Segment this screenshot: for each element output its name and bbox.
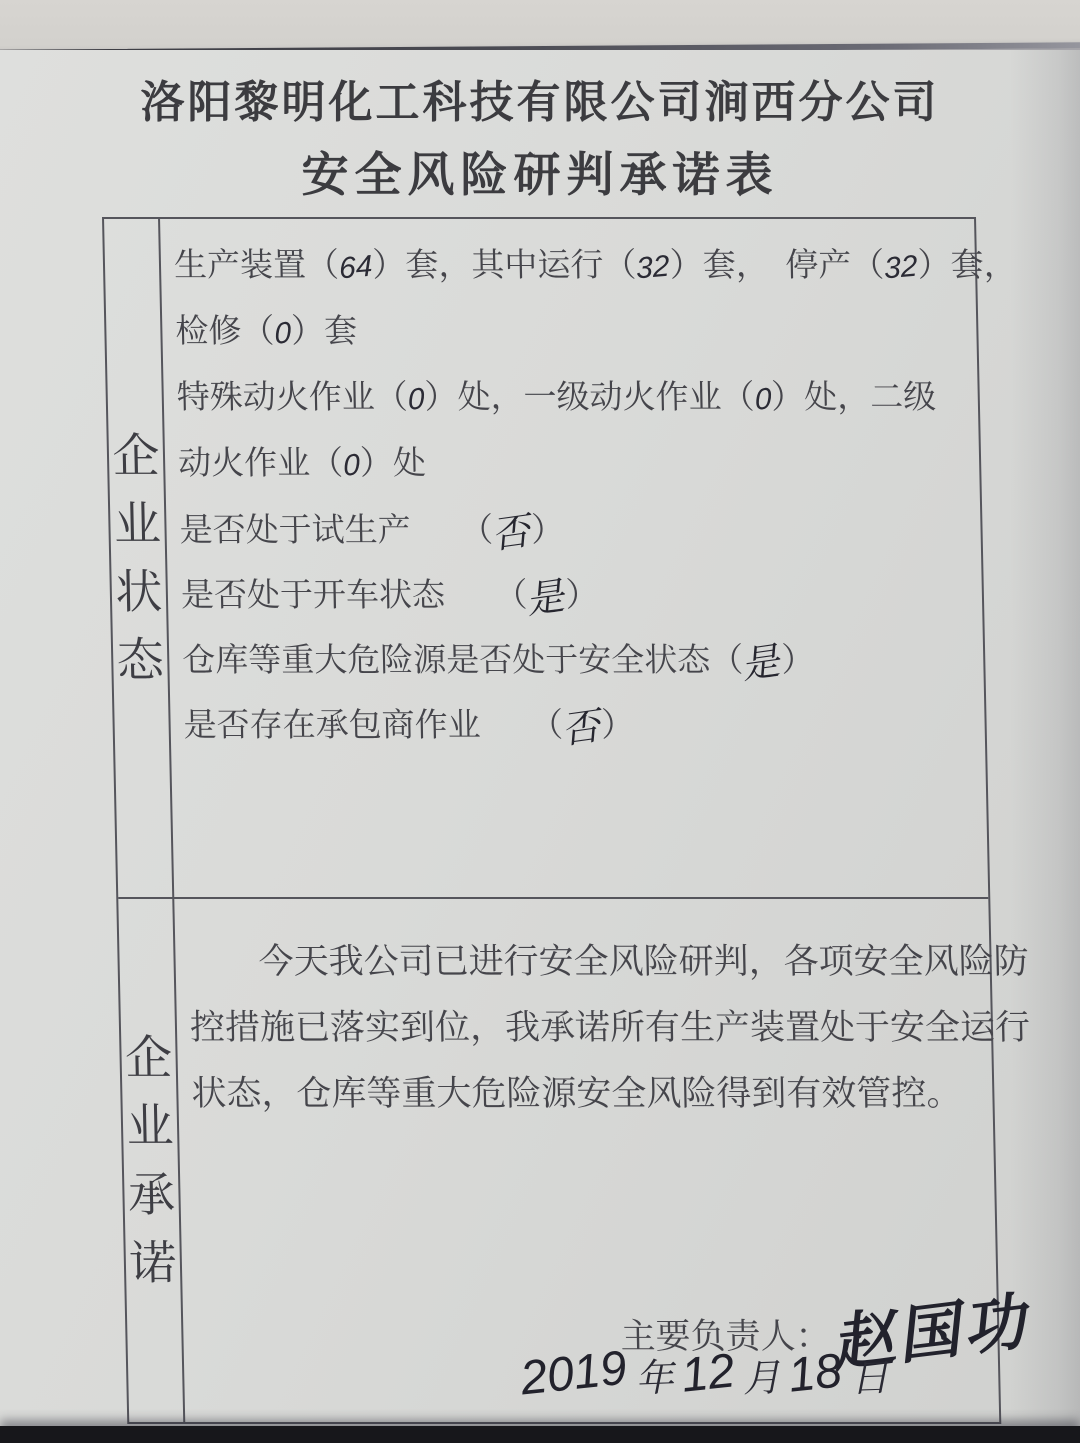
year-unit: 年 bbox=[634, 1346, 675, 1402]
form-text: 检修（ bbox=[175, 312, 275, 349]
status-line-contractor-work: 是否存在承包商作业 （否） bbox=[183, 692, 1027, 757]
form-paper: 洛阳黎明化工科技有限公司涧西分公司 安全风险研判承诺表 企业状态 生产装置（64… bbox=[0, 50, 1080, 1430]
status-line-hazard-source-safe: 仓库等重大危险源是否处于安全状态（是） bbox=[182, 627, 1026, 692]
status-line-startup-state: 是否处于开车状态 （是） bbox=[180, 562, 1024, 627]
month-unit: 月 bbox=[741, 1346, 782, 1402]
handwritten-value: 0 bbox=[753, 367, 772, 433]
table-row-enterprise-status: 企业状态 生产装置（64）套，其中运行（32）套， 停产（32）套， 检修（0）… bbox=[104, 219, 988, 899]
commitment-paragraph-line: 状态，仓库等重大危险源安全风险得到有效管控。 bbox=[191, 1061, 1032, 1127]
handwritten-answer: 否 bbox=[556, 695, 604, 764]
status-line-production-units: 生产装置（64）套，其中运行（32）套， 停产（32）套， bbox=[173, 233, 1017, 299]
form-text: 仓库等重大危险源是否处于安全状态（ bbox=[182, 641, 744, 678]
handwritten-value: 32 bbox=[635, 234, 671, 301]
date-line: 2019年12月18日 bbox=[514, 1347, 891, 1403]
form-text: 特殊动火作业（ bbox=[176, 378, 408, 415]
status-line-maintenance-units: 检修（0）套 bbox=[175, 299, 1019, 365]
form-text: ）处，一级动火作业（ bbox=[424, 378, 755, 415]
form-text: ） bbox=[781, 641, 815, 678]
form-text: ）套， bbox=[917, 246, 1017, 283]
commitment-paragraph: 今天我公司已进行安全风险研判，各项安全风险防 控措施已落实到位，我承诺所有生产装… bbox=[188, 929, 1032, 1127]
handwritten-value: 64 bbox=[338, 234, 374, 301]
form-text: 动火作业（ bbox=[178, 444, 344, 481]
form-text: 是否处于试生产 （ bbox=[179, 511, 493, 548]
form-text: 生产装置（ bbox=[174, 246, 340, 283]
handwritten-day: 18 bbox=[785, 1343, 845, 1403]
photo-bottom-edge bbox=[0, 1426, 1080, 1443]
form-text: ） bbox=[601, 706, 635, 743]
form-text: ） bbox=[531, 511, 565, 548]
handwritten-year: 2019 bbox=[517, 1341, 630, 1407]
status-line-hot-work-2: 动火作业（0）处 bbox=[178, 431, 1022, 497]
form-text: ） bbox=[565, 576, 599, 613]
form-text: ）套， 停产（ bbox=[669, 246, 884, 283]
handwritten-answer: 否 bbox=[486, 500, 534, 569]
enterprise-commitment-content: 今天我公司已进行安全风险研判，各项安全风险防 控措施已落实到位，我承诺所有生产装… bbox=[174, 899, 1048, 1422]
status-line-hot-work-1: 特殊动火作业（0）处，一级动火作业（0）处，二级 bbox=[176, 365, 1020, 431]
status-line-trial-production: 是否处于试生产 （否） bbox=[179, 497, 1023, 562]
form-text: ）套，其中运行（ bbox=[372, 246, 637, 283]
form-text: 是否存在承包商作业 （ bbox=[183, 706, 563, 743]
document-title: 洛阳黎明化工科技有限公司涧西分公司 安全风险研判承诺表 bbox=[0, 66, 1080, 205]
handwritten-month: 12 bbox=[678, 1343, 738, 1403]
handwritten-answer: 是 bbox=[737, 630, 785, 699]
form-text: ）套 bbox=[291, 312, 358, 349]
form-text: 是否处于开车状态 （ bbox=[181, 576, 528, 613]
table-row-enterprise-commitment: 企业承诺 今天我公司已进行安全风险研判，各项安全风险防 控措施已落实到位，我承诺… bbox=[118, 899, 999, 1422]
document-photo: 洛阳黎明化工科技有限公司涧西分公司 安全风险研判承诺表 企业状态 生产装置（64… bbox=[0, 0, 1080, 1443]
handwritten-value: 0 bbox=[342, 433, 361, 499]
enterprise-status-content: 生产装置（64）套，其中运行（32）套， 停产（32）套， 检修（0）套 特殊动… bbox=[160, 219, 1040, 897]
form-text: ）处，二级 bbox=[771, 378, 937, 415]
handwritten-value: 0 bbox=[273, 301, 292, 367]
company-title: 洛阳黎明化工科技有限公司涧西分公司 bbox=[0, 66, 1080, 130]
row-header-label: 企业状态 bbox=[108, 422, 168, 695]
form-table: 企业状态 生产装置（64）套，其中运行（32）套， 停产（32）套， 检修（0）… bbox=[102, 217, 1001, 1424]
commitment-paragraph-line: 今天我公司已进行安全风险研判，各项安全风险防 bbox=[188, 929, 1029, 995]
commitment-paragraph-line: 控措施已落实到位，我承诺所有生产装置处于安全运行 bbox=[189, 995, 1030, 1061]
handwritten-value: 0 bbox=[407, 367, 426, 433]
form-title: 安全风险研判承诺表 bbox=[0, 138, 1080, 205]
handwritten-answer: 是 bbox=[521, 565, 569, 634]
form-text: ）处 bbox=[359, 444, 426, 481]
day-unit: 日 bbox=[848, 1346, 889, 1402]
handwritten-value: 32 bbox=[883, 234, 919, 301]
row-header-label: 企业承诺 bbox=[121, 1024, 181, 1297]
